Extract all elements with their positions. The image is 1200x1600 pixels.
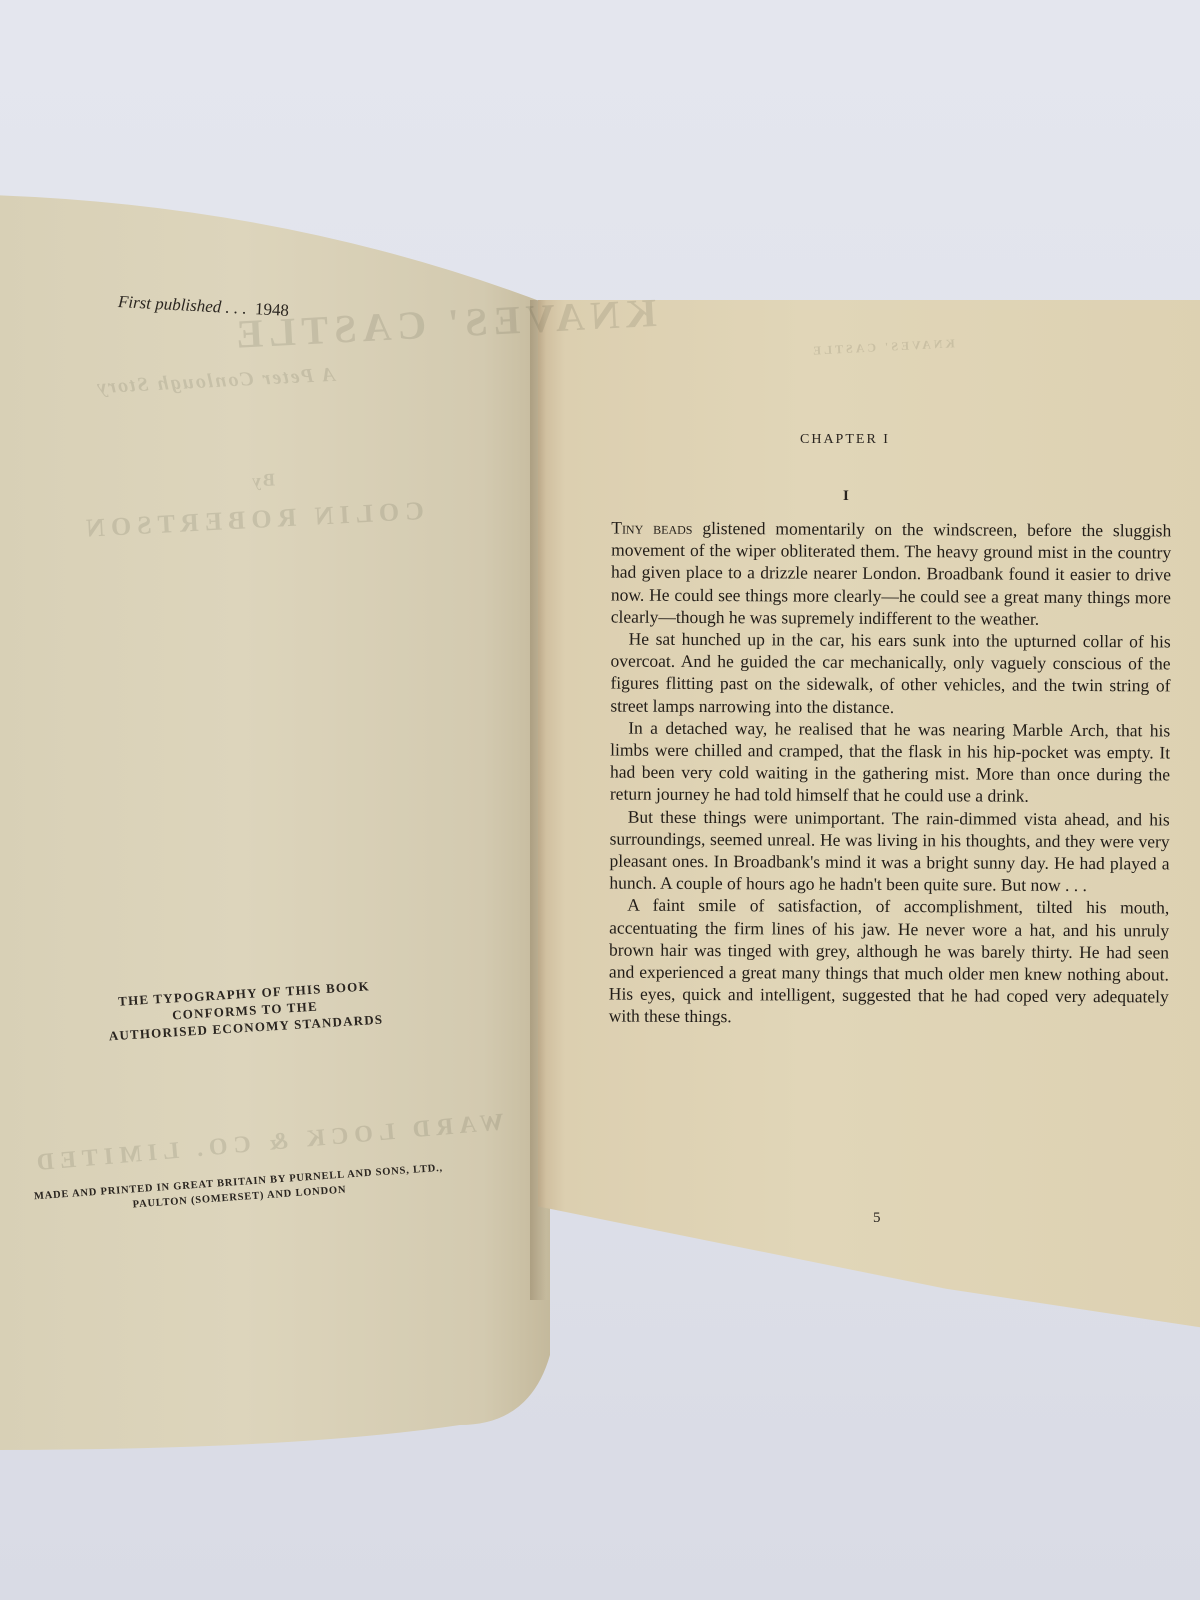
show-through-by: By (249, 469, 275, 491)
page-number: 5 (873, 1210, 881, 1227)
opening-smallcaps: Tiny beads (611, 518, 692, 538)
paragraph: In a detached way, he realised that he w… (610, 716, 1170, 808)
paragraph-text: glistened momentarily on the windscreen,… (611, 518, 1172, 629)
imprint-year: 1948 (255, 299, 290, 320)
chapter-heading: CHAPTER I (800, 432, 890, 448)
paragraph: He sat hunched up in the car, his ears s… (610, 628, 1170, 720)
paragraph: A faint smile of satisfaction, of accomp… (609, 894, 1170, 1030)
chapter-body: Tiny beads glistened momentarily on the … (609, 517, 1172, 1031)
section-number: I (843, 488, 849, 505)
book-gutter (530, 300, 546, 1300)
paragraph: Tiny beads glistened momentarily on the … (611, 517, 1172, 631)
paragraph: But these things were unimportant. The r… (609, 805, 1169, 897)
